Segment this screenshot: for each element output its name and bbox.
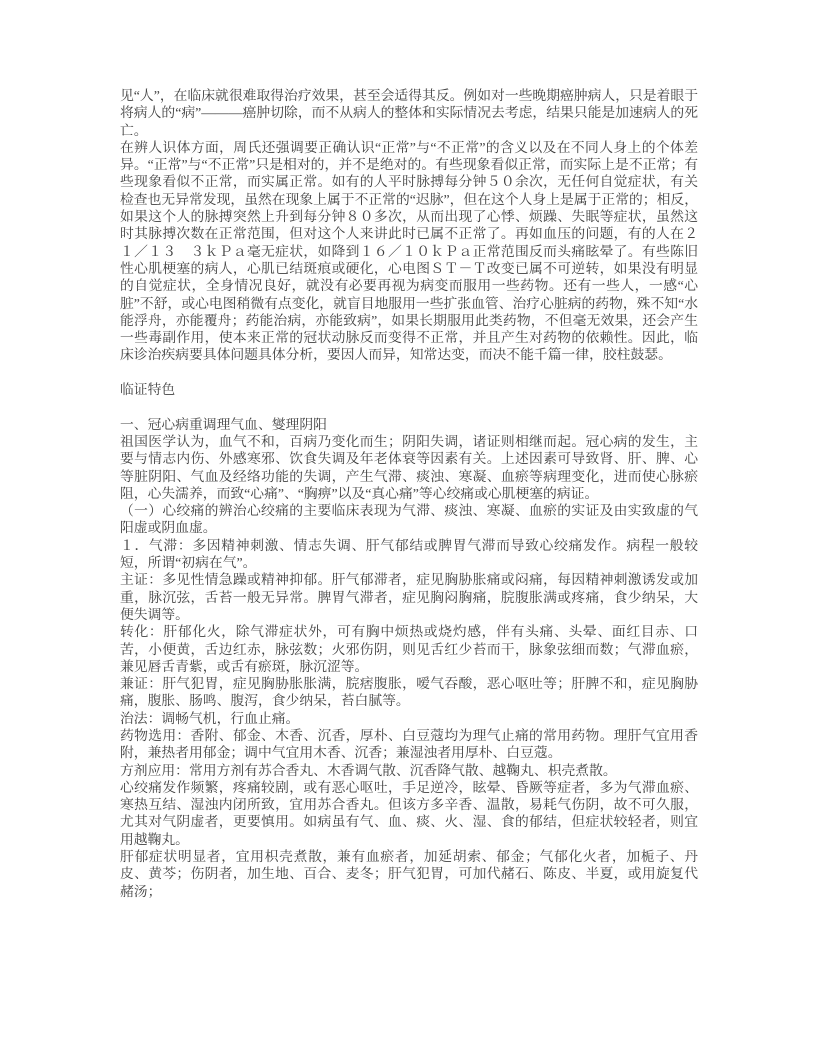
- text-column: 见“人”，在临床就很难取得治疗效果，甚至会适得其反。例如对一些晚期癌肿病人，只是…: [120, 87, 698, 900]
- intro-paragraph: 在辨人识体方面，周氏还强调要正确认识“正常”与“不正常”的含义以及在不同人身上的…: [120, 139, 698, 364]
- body-paragraph: 肝郁症状明显者，宜用枳壳煮散，兼有血瘀者，加延胡索、郁金；气郁化火者，加栀子、丹…: [120, 848, 698, 900]
- subsection-heading: 一、冠心病重调理气血、燮理阴阳: [120, 416, 698, 433]
- body-paragraph: 药物选用：香附、郁金、木香、沉香，厚朴、白豆蔻均为理气止痛的常用药物。理肝气宜用…: [120, 727, 698, 762]
- intro-paragraph: 见“人”，在临床就很难取得治疗效果，甚至会适得其反。例如对一些晚期癌肿病人，只是…: [120, 87, 698, 139]
- section-heading: 临证特色: [120, 381, 698, 398]
- body-paragraph: 心绞痛发作频繁，疼痛较剧，或有恶心呕吐，手足逆冷，眩晕、昏厥等症者，多为气滞血瘀…: [120, 779, 698, 848]
- body-paragraph: 祖国医学认为，血气不和，百病乃变化而生；阴阳失调，诸证则相继而起。冠心病的发生，…: [120, 433, 698, 502]
- body-paragraph: 主证：多见性情急躁或精神抑郁。肝气郁滞者，症见胸胁胀痛或闷痛，每因精神刺激诱发或…: [120, 571, 698, 623]
- body-paragraph: １．气滞：多因精神刺激、情志失调、肝气郁结或脾胃气滞而导致心绞痛发作。病程一般较…: [120, 537, 698, 572]
- body-paragraph: 方剂应用：常用方剂有苏合香丸、木香调气散、沉香降气散、越鞠丸、枳壳煮散。: [120, 762, 698, 779]
- body-paragraph: 转化：肝郁化火，除气滞症状外，可有胸中烦热或烧灼感，伴有头痛、头晕、面红目赤、口…: [120, 623, 698, 675]
- body-paragraph: （一）心绞痛的辨治心绞痛的主要临床表现为气滞、痰浊、寒凝、血瘀的实证及由实致虚的…: [120, 502, 698, 537]
- body-paragraph: 兼证：肝气犯胃，症见胸胁胀胀满，脘痞腹胀，嗳气吞酸，恶心呕吐等；肝脾不和，症见胸…: [120, 675, 698, 710]
- body-paragraph: 治法：调畅气机，行血止痛。: [120, 710, 698, 727]
- document-page: 见“人”，在临床就很难取得治疗效果，甚至会适得其反。例如对一些晚期癌肿病人，只是…: [0, 0, 816, 1056]
